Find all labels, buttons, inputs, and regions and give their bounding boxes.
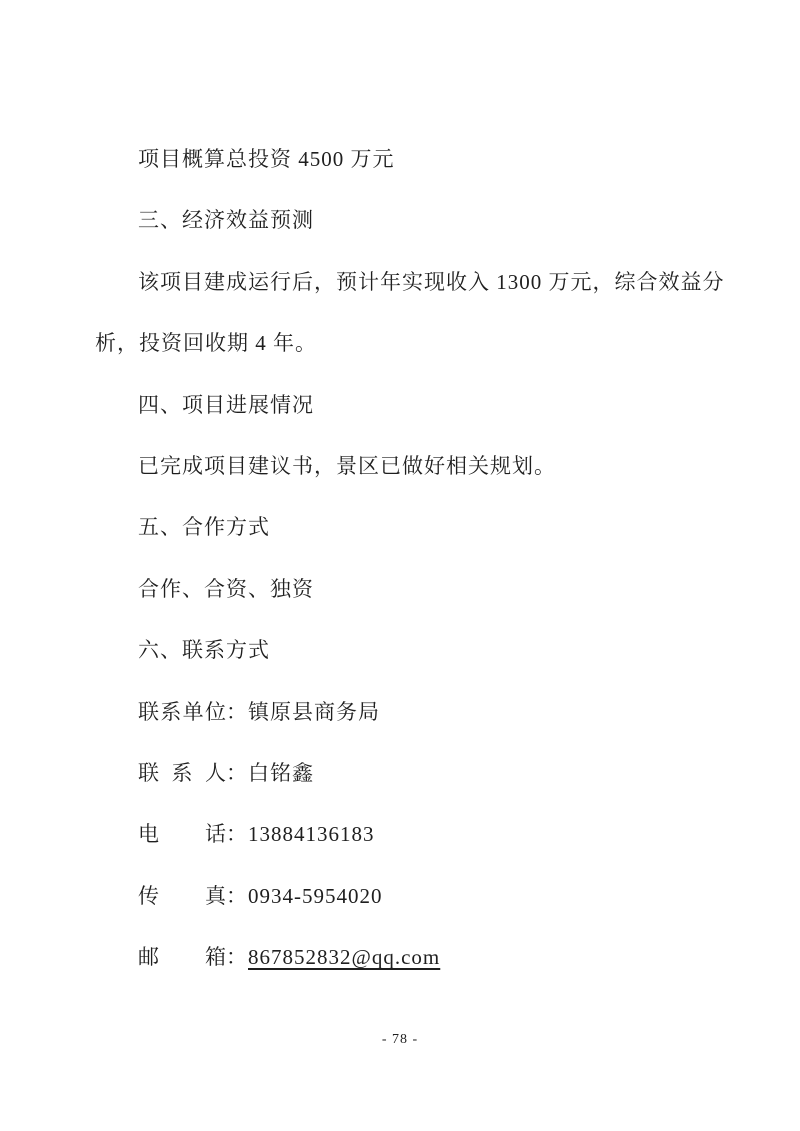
contact-colon: ： (226, 884, 248, 908)
contact-label-fax: 传真 (138, 876, 226, 916)
contact-label-person: 联系人 (138, 753, 226, 793)
contact-colon: ： (226, 822, 248, 846)
contact-value-fax: 0934-5954020 (248, 884, 383, 908)
contact-value-phone: 13884136183 (248, 822, 375, 846)
contact-value-unit: 镇原县商务局 (248, 700, 380, 724)
contact-line-email: 邮箱：867852832@qq.com (95, 937, 750, 977)
paragraph-benefit-forecast-line1: 该项目建成运行后，预计年实现收入 1300 万元，综合效益分 (95, 262, 750, 302)
contact-label-email: 邮箱 (138, 937, 226, 977)
contact-value-person: 白铭鑫 (248, 761, 314, 785)
contact-label-unit: 联系单位 (138, 692, 226, 732)
section-heading-economic-benefit: 三、经济效益预测 (95, 200, 750, 240)
section-heading-contact-info: 六、联系方式 (95, 630, 750, 670)
contact-line-fax: 传真：0934-5954020 (95, 876, 750, 916)
paragraph-total-investment: 项目概算总投资 4500 万元 (95, 139, 750, 179)
contact-colon: ： (226, 700, 248, 724)
contact-colon: ： (226, 761, 248, 785)
paragraph-progress-detail: 已完成项目建议书，景区已做好相关规划。 (95, 446, 750, 486)
contact-line-unit: 联系单位：镇原县商务局 (95, 692, 750, 732)
document-body: 项目概算总投资 4500 万元 三、经济效益预测 该项目建成运行后，预计年实现收… (95, 118, 750, 998)
paragraph-cooperation-options: 合作、合资、独资 (95, 569, 750, 609)
email-link[interactable]: 867852832@qq.com (248, 945, 440, 969)
contact-label-phone: 电话 (138, 814, 226, 854)
section-heading-cooperation-mode: 五、合作方式 (95, 507, 750, 547)
contact-line-person: 联系人：白铭鑫 (95, 753, 750, 793)
contact-colon: ： (226, 945, 248, 969)
section-heading-project-progress: 四、项目进展情况 (95, 385, 750, 425)
contact-line-phone: 电话：13884136183 (95, 814, 750, 854)
paragraph-benefit-forecast-line2: 析，投资回收期 4 年。 (95, 323, 750, 363)
page-number: - 78 - (0, 1030, 800, 1050)
document-page: 项目概算总投资 4500 万元 三、经济效益预测 该项目建成运行后，预计年实现收… (0, 0, 800, 1131)
